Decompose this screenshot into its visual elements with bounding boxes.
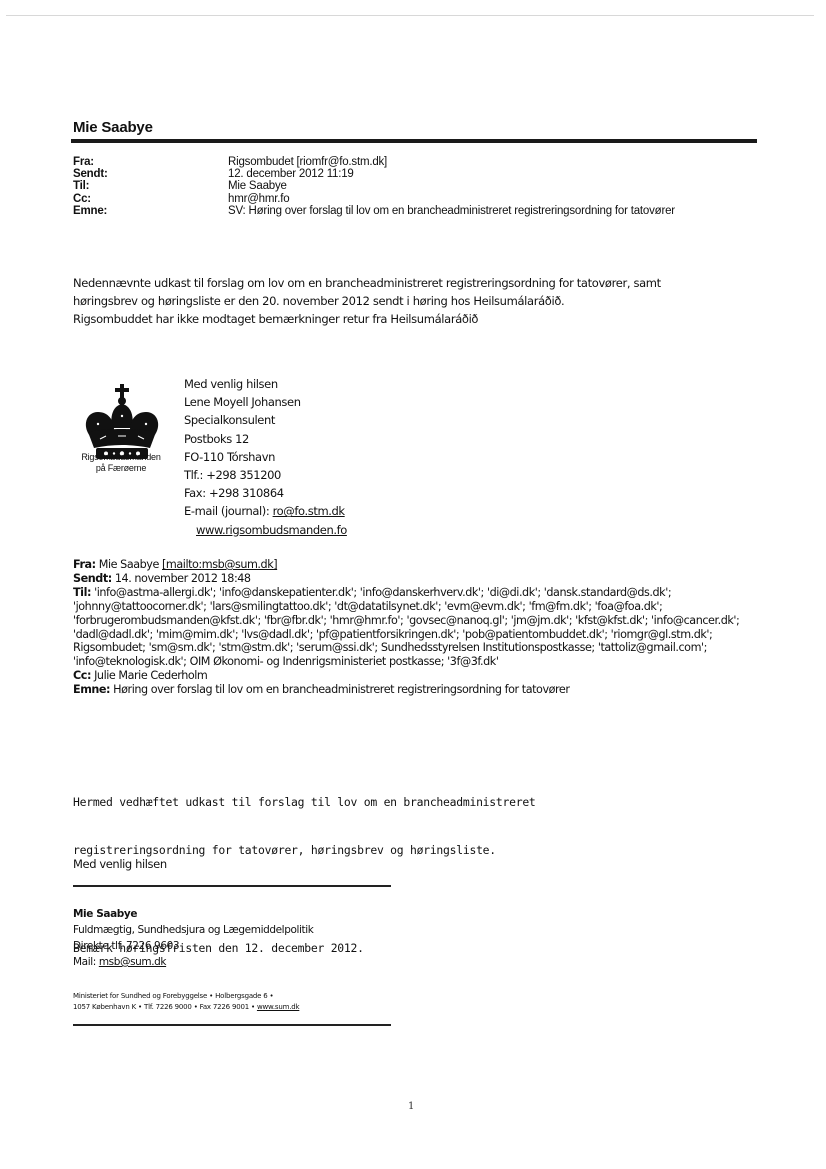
ministry-greeting: Med venlig hilsen [73,857,167,871]
header-label-subject: Emne: [73,205,228,217]
forwarded-from: Fra: Mie Saabye [mailto:msb@sum.dk] [73,558,783,572]
signature-phone: Tlf.: +298 351200 [184,466,347,484]
signature-name: Lene Moyell Johansen [184,393,347,411]
page-top-rule [6,15,814,16]
forwarded-from-label: Fra: [73,558,96,571]
signature-title: Specialkonsulent [184,411,347,429]
forwarded-subject-value: Høring over forslag til lov om en branch… [110,683,569,696]
forwarded-to-value: 'info@astma-allergi.dk'; 'info@danskepat… [73,586,739,669]
forwarded-subject-label: Emne: [73,683,110,696]
header-value-sent: 12. december 2012 11:19 [228,168,728,180]
reply-body-line: Rigsombuddet har ikke modtaget bemærknin… [73,310,773,328]
forwarded-to-label: Til: [73,586,91,599]
ministry-signature-mail-row: Mail: msb@sum.dk [73,954,313,970]
header-row-to: Til: Mie Saabye [73,180,728,192]
header-row-subject: Emne: SV: Høring over forslag til lov om… [73,205,728,217]
forwarded-cc: Cc: Julie Marie Cederholm [73,669,783,683]
ministry-footer-line-1: Ministeriet for Sundhed og Forebyggelse … [73,991,299,1002]
header-row-sent: Sendt: 12. december 2012 11:19 [73,168,728,180]
header-row-from: Fra: Rigsombudet [riomfr@fo.stm.dk] [73,156,728,168]
mailbox-owner-name: Mie Saabye [73,119,153,136]
header-value-from: Rigsombudet [riomfr@fo.stm.dk] [228,156,728,168]
forwarded-body-line: registreringsordning for tatovører, høri… [73,842,536,858]
page-number: 1 [408,1101,414,1112]
forwarded-cc-value: Julie Marie Cederholm [91,669,207,682]
crest-caption: Rigsombudsmanden på Færøerne [66,452,176,474]
signature-greeting: Med venlig hilsen [184,375,347,393]
header-value-cc: hmr@hmr.fo [228,193,728,205]
forwarded-sent: Sendt: 14. november 2012 18:48 [73,572,783,586]
signature-email-label: E-mail (journal): [184,504,273,518]
forwarded-header: Fra: Mie Saabye [mailto:msb@sum.dk] Send… [73,558,783,697]
rigsombud-signature: Med venlig hilsen Lene Moyell Johansen S… [184,375,347,539]
signature-fax: Fax: +298 310864 [184,484,347,502]
ministry-signature: Mie Saabye Fuldmægtig, Sundhedsjura og L… [73,906,313,970]
reply-body-line: høringsbrev og høringsliste er den 20. n… [73,292,773,310]
header-label-sent: Sendt: [73,168,228,180]
forwarded-sent-value: 14. november 2012 18:48 [112,572,251,585]
signature-divider [73,885,391,887]
forwarded-subject: Emne: Høring over forslag til lov om en … [73,683,783,697]
forwarded-sent-label: Sendt: [73,572,112,585]
ministry-signature-phone: Direkte tlf. 7226 9603 [73,938,313,954]
signature-website-row: www.rigsombudsmanden.fo [184,521,347,539]
forwarded-from-mailto-link[interactable]: [mailto:msb@sum.dk] [162,558,277,571]
reply-body: Nedennævnte udkast til forslag om lov om… [73,274,773,328]
footer-divider [73,1024,391,1026]
header-label-from: Fra: [73,156,228,168]
header-row-cc: Cc: hmr@hmr.fo [73,193,728,205]
reply-body-line: Nedennævnte udkast til forslag om lov om… [73,274,773,292]
ministry-footer-line-2: 1057 København K • Tlf. 7226 9000 • Fax … [73,1002,299,1013]
signature-email-row: E-mail (journal): ro@fo.stm.dk [184,502,347,520]
header-value-subject: SV: Høring over forslag til lov om en br… [228,205,728,217]
forwarded-cc-label: Cc: [73,669,91,682]
signature-website-link[interactable]: www.rigsombudsmanden.fo [196,523,347,537]
signature-address-2: FO-110 Tórshavn [184,448,347,466]
message-header: Fra: Rigsombudet [riomfr@fo.stm.dk] Send… [73,156,728,217]
forwarded-from-value: Mie Saabye [96,558,162,571]
ministry-website-link[interactable]: www.sum.dk [257,1003,299,1011]
header-label-cc: Cc: [73,193,228,205]
ministry-signature-title: Fuldmægtig, Sundhedsjura og Lægemiddelpo… [73,922,313,938]
forwarded-body-line: Hermed vedhæftet udkast til forslag til … [73,794,536,810]
signature-address-1: Postboks 12 [184,430,347,448]
signature-email-link[interactable]: ro@fo.stm.dk [273,504,345,518]
header-value-to: Mie Saabye [228,180,728,192]
ministry-footer: Ministeriet for Sundhed og Forebyggelse … [73,991,299,1013]
forwarded-to: Til: 'info@astma-allergi.dk'; 'info@dans… [73,586,783,669]
header-divider [71,139,757,143]
ministry-signature-name: Mie Saabye [73,906,313,922]
header-label-to: Til: [73,180,228,192]
ministry-mail-link[interactable]: msb@sum.dk [99,956,166,968]
ministry-mail-label: Mail: [73,956,99,968]
